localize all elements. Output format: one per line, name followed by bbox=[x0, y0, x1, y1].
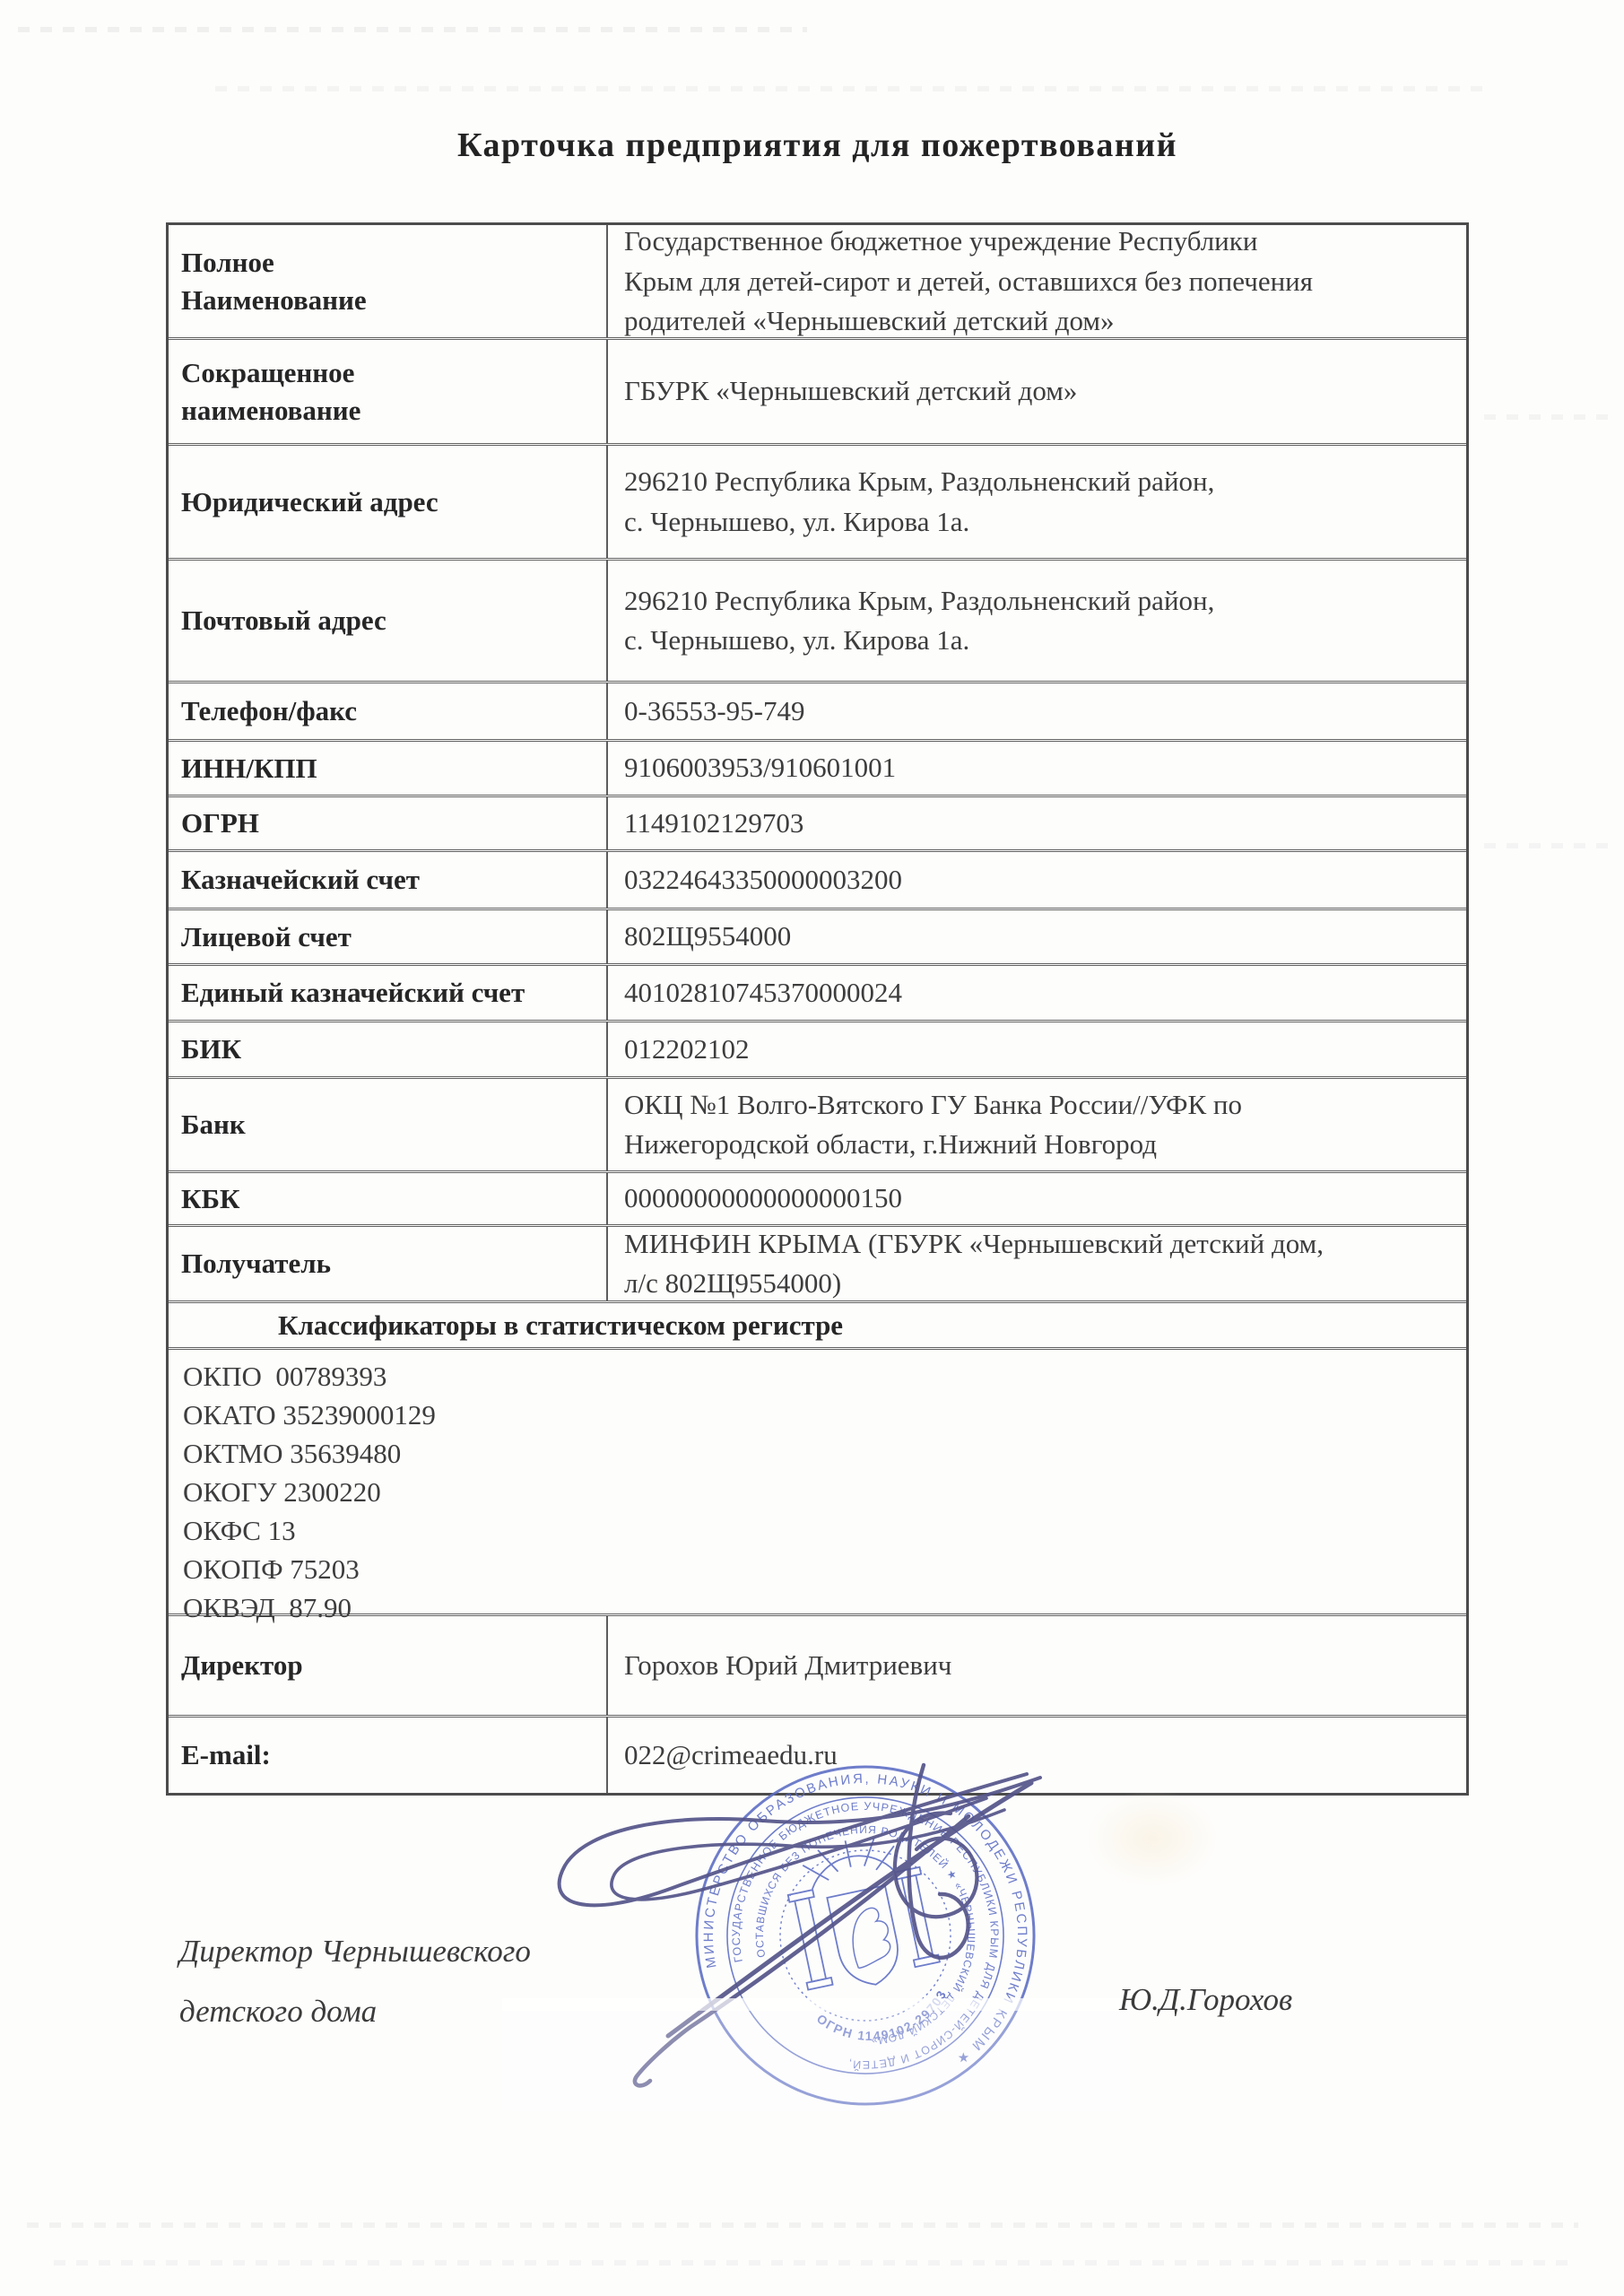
signatory-name-text: Ю.Д.Горохов bbox=[1119, 1982, 1292, 2018]
row-value: Государственное бюджетное учреждение Рес… bbox=[606, 225, 1466, 337]
signatory-role-line1: Директор Чернышевского bbox=[179, 1921, 531, 1981]
row-label: Банк bbox=[169, 1079, 606, 1170]
scan-color-spot bbox=[1085, 1789, 1220, 1888]
stamp-ring-outer-text: МИНИСТЕРСТВО ОБРАЗОВАНИЯ, НАУКИ И МОЛОДЕ… bbox=[671, 1741, 1057, 2117]
classifiers-list: ОКПО 00789393 ОКАТО 35239000129 ОКТМО 35… bbox=[169, 1347, 1466, 1613]
scan-band-artifact bbox=[502, 2011, 1130, 2111]
row-label: ИНН/КПП bbox=[169, 742, 606, 795]
scan-band-artifact bbox=[502, 1998, 1130, 2011]
table-row: КБК 00000000000000000150 bbox=[169, 1170, 1466, 1224]
row-label: Лицевой счет bbox=[169, 910, 606, 963]
row-label: E-mail: bbox=[169, 1718, 606, 1793]
row-label: Полное Наименование bbox=[169, 225, 606, 337]
signatory-role-line2: детского дома bbox=[179, 1981, 531, 2041]
signatory-role-text: Директор Чернышевского детского дома bbox=[179, 1921, 531, 2041]
table-row: Сокращенное наименование ГБУРК «Чернышев… bbox=[169, 337, 1466, 443]
scan-noise-strip bbox=[1484, 843, 1610, 848]
scan-noise-strip bbox=[54, 2260, 1578, 2266]
row-label: Телефон/факс bbox=[169, 683, 606, 739]
row-label: Почтовый адрес bbox=[169, 561, 606, 681]
table-row: Единый казначейский счет 401028107453700… bbox=[169, 963, 1466, 1020]
row-value: 802Щ9554000 bbox=[606, 910, 1466, 963]
table-row: Юридический адрес 296210 Республика Крым… bbox=[169, 443, 1466, 558]
requisites-table: Полное Наименование Государственное бюдж… bbox=[166, 222, 1469, 1796]
table-row: Директор Горохов Юрий Дмитриевич bbox=[169, 1613, 1466, 1715]
table-row: Полное Наименование Государственное бюдж… bbox=[169, 225, 1466, 337]
scanned-document-page: { "page": { "title": "Карточка предприят… bbox=[0, 0, 1624, 2296]
row-label: Единый казначейский счет bbox=[169, 966, 606, 1020]
row-label: Директор bbox=[169, 1616, 606, 1715]
row-label: Сокращенное наименование bbox=[169, 340, 606, 443]
table-row: Телефон/факс 0-36553-95-749 bbox=[169, 681, 1466, 739]
table-row: Лицевой счет 802Щ9554000 bbox=[169, 908, 1466, 963]
row-label: Юридический адрес bbox=[169, 446, 606, 558]
table-row: Казначейский счет 03224643350000003200 bbox=[169, 849, 1466, 908]
row-value: 03224643350000003200 bbox=[606, 852, 1466, 908]
row-value: 00000000000000000150 bbox=[606, 1173, 1466, 1224]
row-label: Казначейский счет bbox=[169, 852, 606, 908]
row-value: 022@crimeaedu.ru bbox=[606, 1718, 1466, 1793]
row-label: КБК bbox=[169, 1173, 606, 1224]
stamp-ogrn-text: ОГРН 1149102-29703 bbox=[812, 1985, 957, 2056]
stamp-ring-inner-text: ОСТАВШИХСЯ БЕЗ ПОПЕЧЕНИЯ РОДИТЕЛЕЙ ★ «ЧЕ… bbox=[733, 1803, 999, 2069]
row-value: 296210 Республика Крым, Раздольненский р… bbox=[606, 446, 1466, 558]
row-value: 40102810745370000024 bbox=[606, 966, 1466, 1020]
row-label: БИК bbox=[169, 1022, 606, 1076]
row-value: ОКЦ №1 Волго-Вятского ГУ Банка России//У… bbox=[606, 1079, 1466, 1170]
table-row: E-mail: 022@crimeaedu.ru bbox=[169, 1715, 1466, 1793]
stamp-emblem-coat-of-arms bbox=[779, 1827, 942, 1999]
table-row: ОГРН 1149102129703 bbox=[169, 795, 1466, 849]
table-row: БИК 012202102 bbox=[169, 1020, 1466, 1076]
stamp-ring-middle-text: ГОСУДАРСТВЕННОЕ БЮДЖЕТНОЕ УЧРЕЖДЕНИЕ РЕС… bbox=[705, 1775, 1026, 2096]
table-row: Почтовый адрес 296210 Республика Крым, Р… bbox=[169, 558, 1466, 681]
scan-noise-strip bbox=[1484, 414, 1610, 420]
row-value: 1149102129703 bbox=[606, 797, 1466, 849]
scan-noise-strip bbox=[18, 27, 807, 32]
row-value: ГБУРК «Чернышевский детский дом» bbox=[606, 340, 1466, 443]
row-label: ОГРН bbox=[169, 797, 606, 849]
scan-noise-strip bbox=[215, 86, 1489, 91]
table-row: ИНН/КПП 9106003953/910601001 bbox=[169, 739, 1466, 795]
page-title: Карточка предприятия для пожертвований bbox=[166, 126, 1469, 165]
scan-noise-strip bbox=[27, 2222, 1578, 2228]
row-value: 012202102 bbox=[606, 1022, 1466, 1076]
table-row: Получатель МИНФИН КРЫМА (ГБУРК «Чернышев… bbox=[169, 1224, 1466, 1300]
row-value: 9106003953/910601001 bbox=[606, 742, 1466, 795]
signature-scrawl bbox=[560, 1765, 1040, 2085]
row-value: 0-36553-95-749 bbox=[606, 683, 1466, 739]
table-row: Банк ОКЦ №1 Волго-Вятского ГУ Банка Росс… bbox=[169, 1076, 1466, 1170]
row-value: Горохов Юрий Дмитриевич bbox=[606, 1616, 1466, 1715]
classifiers-section-header: Классификаторы в статистическом регистре bbox=[169, 1300, 1466, 1347]
row-label: Получатель bbox=[169, 1227, 606, 1300]
row-value: МИНФИН КРЫМА (ГБУРК «Чернышевский детски… bbox=[606, 1227, 1466, 1300]
row-value: 296210 Республика Крым, Раздольненский р… bbox=[606, 561, 1466, 681]
